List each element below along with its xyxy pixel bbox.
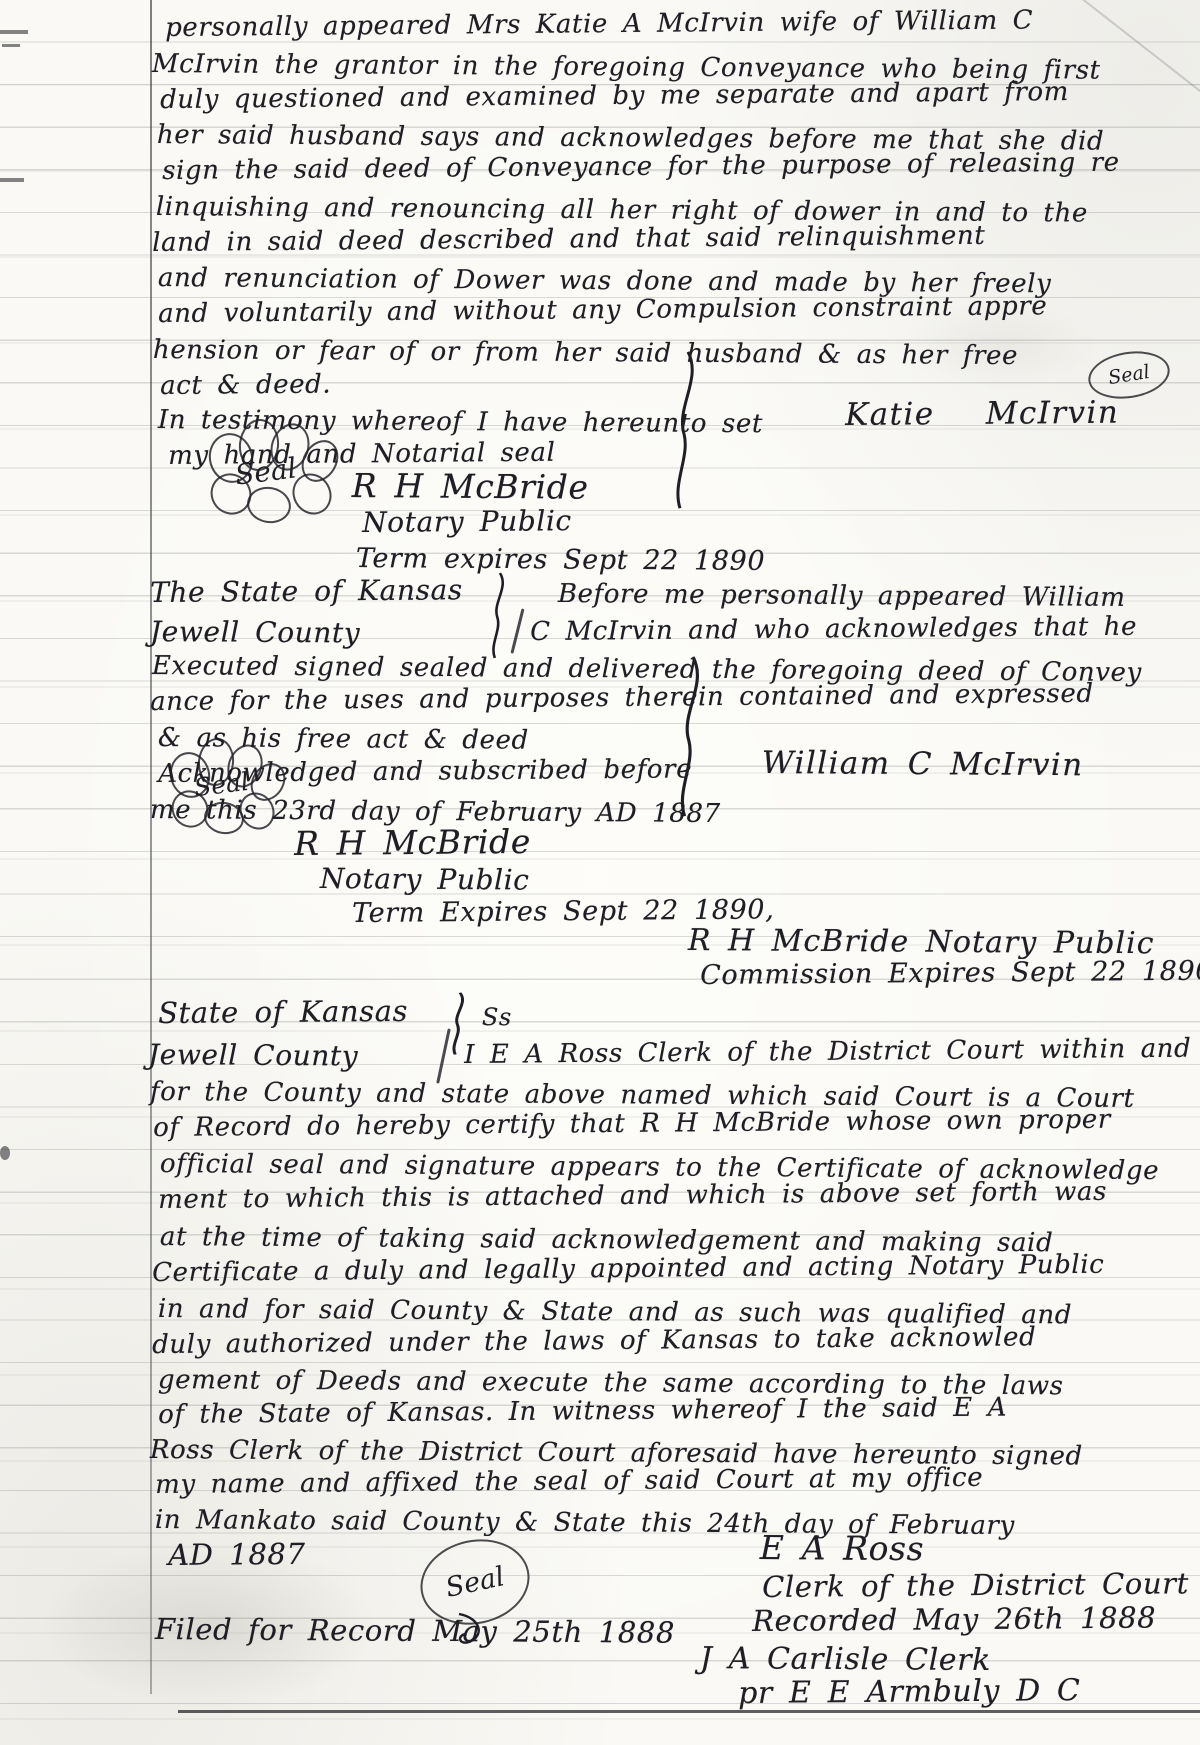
seal-label: Seal	[443, 1561, 507, 1604]
ack-intro-line: C McIrvin and who acknowledges that he	[530, 613, 1137, 647]
county-label: Jewell County	[150, 617, 361, 649]
state-label: The State of Kansas	[150, 575, 463, 609]
handwritten-line: hension or fear of or from her said husb…	[153, 336, 1018, 371]
page-bottom-rule	[178, 1710, 1200, 1713]
ss-label: Ss	[482, 1004, 512, 1031]
signature-ja-carlisle: J A Carlisle Clerk	[700, 1642, 991, 1677]
notary-restate-line: R H McBride Notary Public	[688, 924, 1155, 960]
date-line: AD 1887	[168, 1539, 306, 1572]
filed-line: Filed for Record May 25th 1888	[155, 1614, 675, 1650]
recorded-line: Recorded May 26th 1888	[752, 1602, 1156, 1637]
brace-flourish	[668, 350, 708, 512]
clerk-title: Clerk of the District Court	[762, 1568, 1189, 1604]
signature-rh-mcbride: R H McBride	[352, 468, 589, 506]
notary-title: Notary Public	[320, 864, 530, 896]
signature-deputy: pr E E Armbuly D C	[738, 1674, 1081, 1710]
brace-flourish	[487, 572, 513, 660]
notary-seal-scribble: Seal	[205, 423, 345, 525]
signature-ea-ross: E A Ross	[760, 1530, 925, 1567]
seal-label: Seal	[192, 767, 250, 802]
seal-label: Seal	[233, 451, 298, 491]
ack-intro-line: Before me personally appeared William	[558, 580, 1126, 613]
signature-rh-mcbride: R H McBride	[294, 824, 531, 862]
scan-artifact	[0, 178, 24, 182]
notary-restate-line: Commission Expires Sept 22 1890	[700, 957, 1200, 991]
state-label: State of Kansas	[158, 996, 408, 1030]
notary-term: Term expires Sept 22 1890	[356, 544, 765, 577]
signature-william-mcirvin: William C McIrvin	[762, 746, 1084, 782]
notary-seal-scribble: Seal	[168, 742, 290, 838]
signature-katie-mcirvin: Katie McIrvin	[845, 396, 1119, 432]
seal-label: Seal	[1107, 361, 1152, 389]
brace-flourish	[672, 655, 714, 820]
clerk-opening-line: I E A Ross Clerk of the District Court w…	[464, 1035, 1191, 1070]
scan-artifact	[0, 1146, 10, 1160]
county-label: Jewell County	[148, 1040, 359, 1072]
scan-artifact	[0, 30, 28, 34]
handwritten-line: act & deed.	[160, 371, 331, 401]
notary-title: Notary Public	[362, 506, 572, 539]
scanned-deed-page: personally appeared Mrs Katie A McIrvin …	[0, 0, 1200, 1745]
scan-artifact	[2, 44, 20, 47]
